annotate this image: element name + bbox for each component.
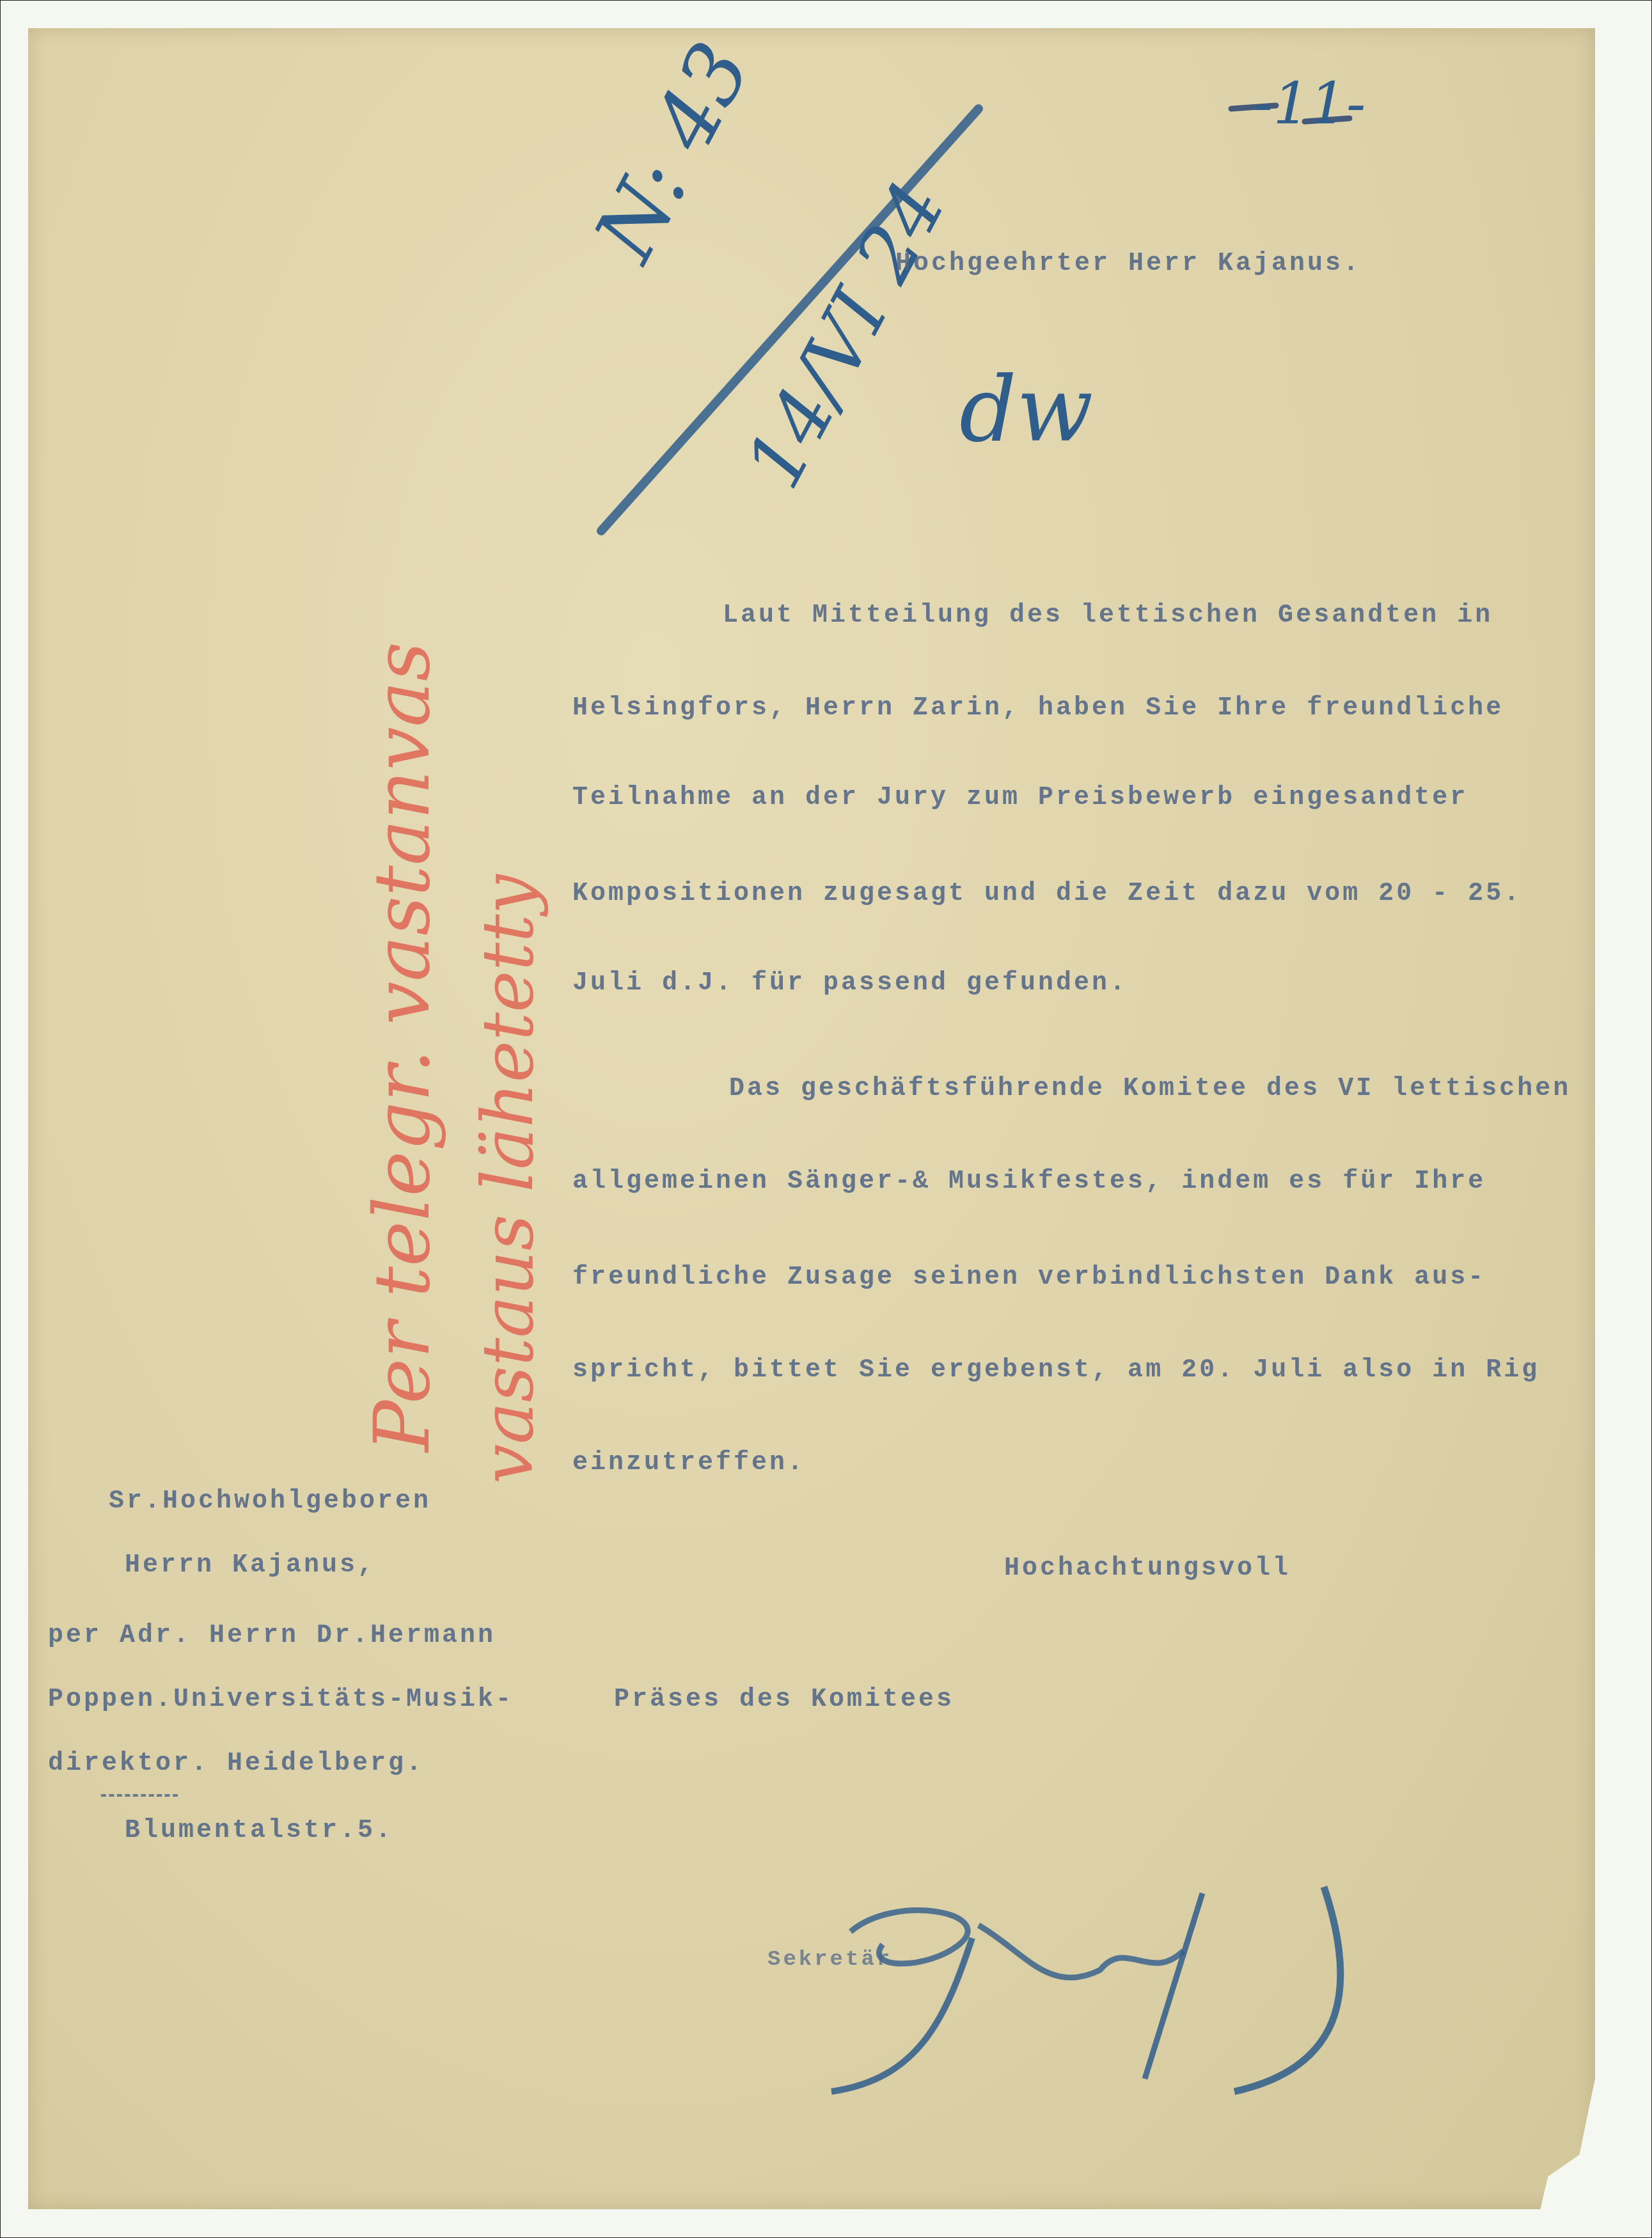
body-line-7: allgemeinen Sänger-& Musikfestes, indem … [572,1167,1486,1196]
salutation: Hochgeehrter Herr Kajanus. [895,249,1361,278]
body-line-1: Laut Mitteilung des lettischen Gesandten… [723,601,1493,630]
address-line-5: direktor. Heidelberg. [48,1749,424,1778]
address-line-3: per Adr. Herrn Dr.Hermann [48,1621,496,1650]
registry-initials: dw [959,358,1093,462]
secretary-label: Sekretär [767,1948,892,1972]
president-label: Präses des Komitees [614,1685,954,1714]
body-line-5: Juli d.J. für passend gefunden. [572,969,1128,998]
body-line-10: einzutreffen. [572,1449,805,1478]
red-annotation-line-1: Per telegr. vastanvas [358,642,447,1452]
address-line-2: Herrn Kajanus, [125,1551,375,1580]
body-line-3: Teilnahme an der Jury zum Preisbewerb ei… [572,784,1468,812]
address-underline [101,1794,178,1797]
body-line-6: Das geschäftsführende Komitee des VI let… [729,1075,1571,1103]
body-line-9: spricht, bittet Sie ergebenst, am 20. Ju… [572,1356,1539,1385]
body-line-8: freundliche Zusage seinen verbindlichste… [572,1263,1486,1292]
body-line-2: Helsingfors, Herrn Zarin, haben Sie Ihre… [572,694,1504,723]
address-line-1: Sr.Hochwohlgeboren [109,1487,431,1516]
body-line-4: Kompositionen zugesagt und die Zeit dazu… [572,879,1522,908]
page-number-mark: -11- [1254,70,1365,138]
address-line-6: Blumentalstr.5. [125,1816,393,1845]
red-annotation-line-2: vastaus lähetetty [467,874,549,1484]
closing: Hochachtungsvoll [1004,1554,1291,1583]
address-line-4: Poppen.Universitäts-Musik- [48,1685,514,1714]
